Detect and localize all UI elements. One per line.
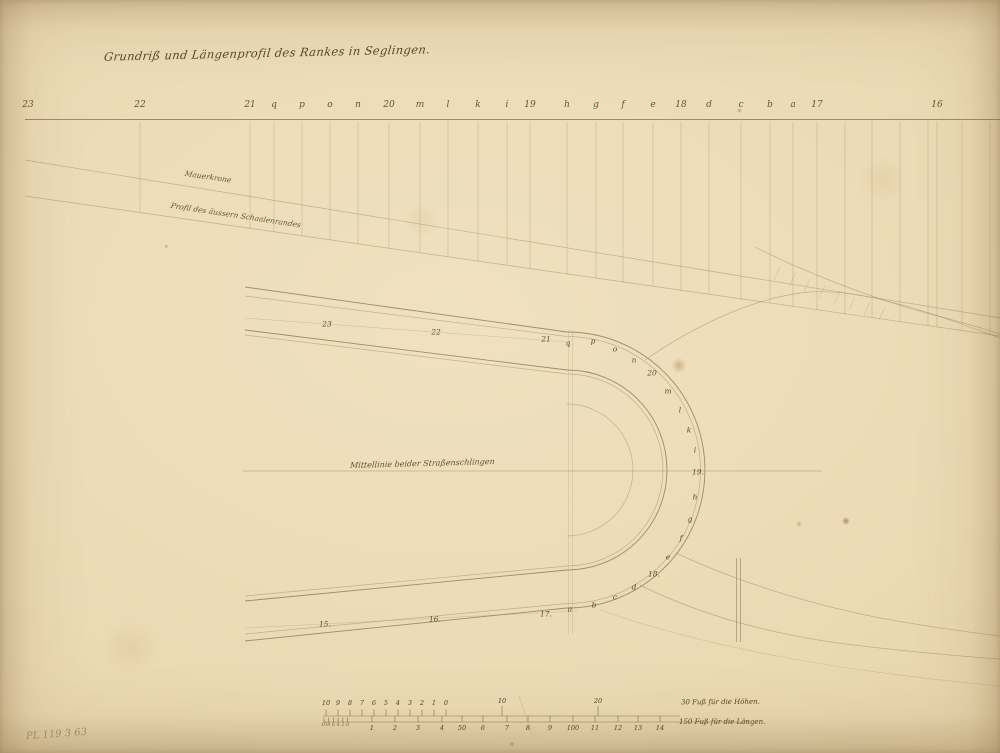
- road-center-guide-lower: [245, 611, 577, 628]
- se-road-upper-edge: [676, 553, 1000, 636]
- height-scale-number: 1: [432, 699, 436, 707]
- length-scale-number: 50: [458, 724, 466, 732]
- plan-station-h: h: [693, 493, 698, 502]
- length-scale-number: 14: [656, 724, 664, 732]
- profile-station-22: 22: [134, 100, 145, 110]
- profile-linework: [25, 120, 1000, 337]
- ne-road-upper-edge: [755, 247, 1000, 334]
- profile-station-23: 23: [22, 100, 33, 110]
- profile-station-18: 18: [675, 100, 686, 110]
- profile-station-g: g: [593, 100, 599, 110]
- plan-station-23: 23: [322, 320, 332, 329]
- profile-station-h: h: [564, 100, 570, 110]
- height-scale-caption: 30 Fuß für die Höhen.: [681, 698, 760, 707]
- plan-station-q: q: [566, 339, 571, 348]
- plan-station-l: l: [679, 406, 681, 415]
- length-scale-number: 8: [526, 724, 530, 732]
- length-scale-subnumber: 0: [346, 723, 349, 728]
- profile-station-i: i: [506, 100, 509, 110]
- profile-station-n: n: [355, 100, 361, 110]
- ne-road-lower-edge: [645, 292, 1000, 360]
- height-scale-number: 0: [444, 699, 448, 707]
- length-scale-number: 2: [393, 724, 397, 732]
- ne-slope-hatching: [774, 267, 885, 320]
- profile-vertical-lines: [140, 122, 990, 336]
- plan-station-f: f: [680, 534, 683, 543]
- se-road-faint-line: [600, 610, 1000, 686]
- innermost-arc: [567, 404, 633, 536]
- plan-station-k: k: [687, 426, 692, 435]
- length-scale-number: 1: [370, 724, 374, 732]
- height-scale-number: 10: [498, 697, 506, 705]
- plan-station-19: 19.: [692, 468, 704, 477]
- profile-station-a: a: [790, 100, 795, 110]
- plan-station-17: 17.: [540, 610, 552, 619]
- plan-station-b: b: [592, 601, 597, 610]
- plan-station-o: o: [613, 345, 618, 354]
- length-scale-number: 6: [481, 724, 485, 732]
- length-scale-subnumber: 2: [341, 723, 344, 728]
- schaalenrand-line: [25, 196, 1000, 336]
- length-scale-subnumber: 8: [327, 723, 330, 728]
- plan-station-21: 21: [541, 335, 551, 344]
- length-scale-caption: 150 Fuß für die Längen.: [679, 718, 765, 726]
- linework-layer: [0, 0, 1000, 753]
- plan-station-g: g: [688, 515, 693, 524]
- length-scale-number: 13: [634, 724, 642, 732]
- height-scale-number: 10: [322, 699, 330, 707]
- plan-station-i: i: [694, 446, 696, 455]
- height-scale-number: 9: [336, 699, 340, 707]
- se-road-lower-edge: [640, 585, 1000, 659]
- plan-station-c: c: [613, 593, 617, 602]
- plan-station-d: d: [632, 583, 637, 592]
- length-scale-number: 3: [416, 724, 420, 732]
- profile-station-17: 17: [811, 100, 822, 110]
- plan-station-a: a: [568, 605, 572, 614]
- profile-station-16: 16: [931, 100, 942, 110]
- length-scale-subnumber: 6: [332, 723, 335, 728]
- profile-station-e: e: [650, 100, 655, 110]
- plan-station-e: e: [666, 553, 670, 562]
- length-scale-number: 7: [505, 724, 509, 732]
- height-scale-number: 6: [372, 699, 376, 707]
- plan-station-20: 20: [647, 369, 657, 378]
- road-center-guide-upper: [245, 318, 568, 342]
- length-scale-number: 12: [614, 724, 622, 732]
- plan-station-m: m: [664, 387, 671, 396]
- profile-station-q: q: [271, 100, 277, 110]
- plan-station-p: p: [591, 337, 596, 346]
- profile-station-21: 21: [244, 100, 255, 110]
- height-scale-number: 5: [384, 699, 388, 707]
- height-scale-number: 8: [348, 699, 352, 707]
- length-scale-number: 100: [567, 724, 579, 732]
- length-scale-subnumber: 4: [337, 723, 340, 728]
- plan-station-n: n: [632, 356, 637, 365]
- profile-station-k: k: [475, 100, 480, 110]
- profile-station-d: d: [706, 100, 712, 110]
- se-cross-section-mark: [737, 558, 741, 642]
- length-scale-number: 11: [591, 724, 599, 732]
- height-scale-number: 20: [594, 697, 602, 705]
- profile-station-f: f: [621, 100, 624, 110]
- profile-station-20: 20: [383, 100, 394, 110]
- length-scale-number: 9: [548, 724, 552, 732]
- height-scale-number: 4: [396, 699, 400, 707]
- drawing-sheet: Grundriß und Längenprofil des Rankes in …: [0, 0, 1000, 753]
- plan-station-16: 16.: [429, 615, 441, 624]
- profile-station-19: 19: [524, 100, 535, 110]
- profile-station-m: m: [416, 100, 425, 110]
- profile-station-l: l: [447, 100, 450, 110]
- profile-station-o: o: [327, 100, 332, 110]
- length-scale-subnumber: 10: [321, 723, 327, 728]
- profile-station-p: p: [299, 100, 305, 110]
- plan-station-18: 18.: [648, 570, 660, 579]
- plan-station-22: 22: [431, 328, 441, 337]
- plan-station-15: 15.: [319, 620, 331, 629]
- height-scale-number: 7: [360, 699, 364, 707]
- profile-station-c: c: [738, 100, 743, 110]
- scale-ticks: [324, 706, 660, 722]
- section-line-vertical: [569, 330, 573, 634]
- length-scale-number: 4: [440, 724, 444, 732]
- profile-station-b: b: [767, 100, 773, 110]
- height-scale-number: 2: [420, 699, 424, 707]
- height-scale-number: 3: [408, 699, 412, 707]
